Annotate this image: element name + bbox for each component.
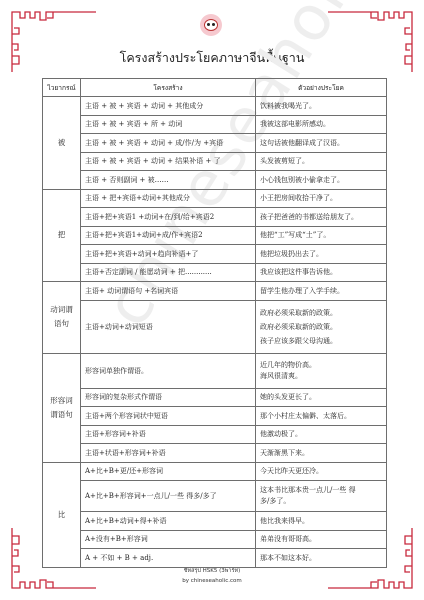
example-cell: 饮料被我喝光了。 (256, 97, 387, 116)
structure-cell: 主语+动词+动词短语 (81, 300, 256, 353)
table-row: 主语+形容词+补语 他激动极了。 (43, 425, 387, 444)
example-cell: 小心钱包别被小偷拿走了。 (256, 171, 387, 190)
structure-cell: 主语+ 动词谓语句 +名词宾语 (81, 282, 256, 301)
footer-sheet-label: ชีทสรุป HSK5 (3พาร์ท) (0, 566, 424, 576)
structure-cell: 主语 + 被 + 宾语 + 动词 + 其他成分 (81, 97, 256, 116)
table-row: A + 不如 + B + adj. 那本不如这本好。 (43, 549, 387, 568)
example-cell: 他激动极了。 (256, 425, 387, 444)
header-structure: โครงสร้าง (81, 79, 256, 97)
grammar-label-line: 谓语句 (47, 408, 76, 422)
example-line: 近几年的物价高。 (260, 360, 382, 371)
example-cell: 孩子把爸爸的书都送给朋友了。 (256, 208, 387, 227)
structure-cell: 主语 + 否则副词 + 被…… (81, 171, 256, 190)
example-cell: 他把垃圾扔出去了。 (256, 245, 387, 264)
example-cell: 那本不如这本好。 (256, 549, 387, 568)
example-cell: 她的头发更长了。 (256, 388, 387, 407)
header-example: ตัวอย่างประโยค (256, 79, 387, 97)
structure-cell: 主语 + 把+宾语+动词+其他成分 (81, 189, 256, 208)
structure-cell: 主语+把+宾语+动词+趋向补语+了 (81, 245, 256, 264)
structure-cell: 主语 + 被 + 宾语 + 所 + 动词 (81, 115, 256, 134)
example-cell: 我应该把这件事告诉他。 (256, 263, 387, 282)
table-row: 被 主语 + 被 + 宾语 + 动词 + 其他成分 饮料被我喝光了。 (43, 97, 387, 116)
table-row: 比 A+比+B+更/还+形容词 今天比昨天更还冷。 (43, 462, 387, 481)
example-cell: 这本书比那本贵一点儿/一些 得 多/多了。 (256, 481, 387, 512)
example-line: 政府必须采取新的政策。 (260, 306, 382, 320)
example-cell: 这句话被他翻译成了汉语。 (256, 134, 387, 153)
header-grammar: ไวยากรณ์ (43, 79, 81, 97)
example-line: 多/多了。 (260, 496, 382, 507)
table-row: 主语 + 被 + 宾语 + 所 + 动词 我被这部电影所感动。 (43, 115, 387, 134)
structure-cell: 主语+形容词+补语 (81, 425, 256, 444)
example-cell: 他比我来得早。 (256, 512, 387, 531)
structure-cell: 主语+否定副词 / 能愿动词 + 把............ (81, 263, 256, 282)
table-row: 主语+两个形容词状中短语 那个小村庄太偏僻、太落后。 (43, 407, 387, 426)
example-line: 孩子应该多跟父母沟通。 (260, 334, 382, 348)
structure-cell: 主语 + 被 + 宾语 + 动词 + 成/作/为 +宾语 (81, 134, 256, 153)
panda-logo-icon (200, 14, 222, 36)
table-header-row: ไวยากรณ์ โครงสร้าง ตัวอย่างประโยค (43, 79, 387, 97)
example-cell: 天渐渐黑下来。 (256, 444, 387, 463)
structure-cell: A+比+B+形容词+一点儿/一些 得多/多了 (81, 481, 256, 512)
table-row: A+比+B+动词+得+补语 他比我来得早。 (43, 512, 387, 531)
table-row: 主语 + 被 + 宾语 + 动词 + 结果补语 + 了 头发被剪短了。 (43, 152, 387, 171)
footer-site-link[interactable]: by chineseaholic.com (0, 576, 424, 586)
example-cell: 我被这部电影所感动。 (256, 115, 387, 134)
grammar-adjective-predicate: 形容词 谓语句 (43, 353, 81, 462)
table-row: 形容词的复杂形式作谓语 她的头发更长了。 (43, 388, 387, 407)
grammar-verb-predicate: 动词谓 语句 (43, 282, 81, 354)
grammar-label-line: 动词谓 (47, 303, 76, 317)
grammar-label-line: 语句 (47, 317, 76, 331)
structure-cell: 主语+状语+形容词+补语 (81, 444, 256, 463)
table-row: 主语+否定副词 / 能愿动词 + 把............ 我应该把这件事告诉… (43, 263, 387, 282)
page-title: โครงสร้างประโยคภาษาจีนพื้นฐาน (0, 48, 424, 68)
example-cell: 小王把房间收拾干净了。 (256, 189, 387, 208)
grammar-label-line: 形容词 (47, 394, 76, 408)
example-cell: 那个小村庄太偏僻、太落后。 (256, 407, 387, 426)
example-cell: 近几年的物价高。 海风很清爽。 (256, 353, 387, 388)
structure-cell: A + 不如 + B + adj. (81, 549, 256, 568)
example-line: 政府必须采取新的政策。 (260, 320, 382, 334)
footer: ชีทสรุป HSK5 (3พาร์ท) by chineseaholic.c… (0, 566, 424, 586)
structure-cell: 主语+两个形容词状中短语 (81, 407, 256, 426)
table-row: 主语+把+宾语1 +动词+在/到/给+宾语2 孩子把爸爸的书都送给朋友了。 (43, 208, 387, 227)
structure-cell: 主语+把+宾语1 +动词+在/到/给+宾语2 (81, 208, 256, 227)
grammar-table: ไวยากรณ์ โครงสร้าง ตัวอย่างประโยค 被 主语 +… (42, 78, 387, 568)
structure-cell: A+比+B+更/还+形容词 (81, 462, 256, 481)
table-row: 主语+状语+形容词+补语 天渐渐黑下来。 (43, 444, 387, 463)
example-cell: 留学生他办理了入学手续。 (256, 282, 387, 301)
grammar-bei: 被 (43, 97, 81, 190)
structure-cell: A+比+B+动词+得+补语 (81, 512, 256, 531)
example-line: 海风很清爽。 (260, 371, 382, 382)
table-row: 把 主语 + 把+宾语+动词+其他成分 小王把房间收拾干净了。 (43, 189, 387, 208)
table-row: 主语+把+宾语1+动词+成/作+宾语2 他把“工”写成“土”了。 (43, 226, 387, 245)
example-cell: 头发被剪短了。 (256, 152, 387, 171)
grammar-bi: 比 (43, 462, 81, 567)
structure-cell: 主语 + 被 + 宾语 + 动词 + 结果补语 + 了 (81, 152, 256, 171)
table-row: A+比+B+形容词+一点儿/一些 得多/多了 这本书比那本贵一点儿/一些 得 多… (43, 481, 387, 512)
table-row: 主语+动词+动词短语 政府必须采取新的政策。 政府必须采取新的政策。 孩子应该多… (43, 300, 387, 353)
structure-cell: 形容词单独作谓语。 (81, 353, 256, 388)
table-row: 主语+把+宾语+动词+趋向补语+了 他把垃圾扔出去了。 (43, 245, 387, 264)
example-cell: 今天比昨天更还冷。 (256, 462, 387, 481)
example-cell: 他把“工”写成“土”了。 (256, 226, 387, 245)
example-line: 这本书比那本贵一点儿/一些 得 (260, 485, 382, 496)
grammar-ba: 把 (43, 189, 81, 282)
table-row: 主语 + 被 + 宾语 + 动词 + 成/作/为 +宾语 这句话被他翻译成了汉语… (43, 134, 387, 153)
structure-cell: 形容词的复杂形式作谓语 (81, 388, 256, 407)
example-cell: 政府必须采取新的政策。 政府必须采取新的政策。 孩子应该多跟父母沟通。 (256, 300, 387, 353)
structure-cell: A+没有+B+形容词 (81, 530, 256, 549)
table-row: 主语 + 否则副词 + 被…… 小心钱包别被小偷拿走了。 (43, 171, 387, 190)
example-cell: 弟弟没有哥哥高。 (256, 530, 387, 549)
table-row: 动词谓 语句 主语+ 动词谓语句 +名词宾语 留学生他办理了入学手续。 (43, 282, 387, 301)
table-row: A+没有+B+形容词 弟弟没有哥哥高。 (43, 530, 387, 549)
table-row: 形容词 谓语句 形容词单独作谓语。 近几年的物价高。 海风很清爽。 (43, 353, 387, 388)
structure-cell: 主语+把+宾语1+动词+成/作+宾语2 (81, 226, 256, 245)
